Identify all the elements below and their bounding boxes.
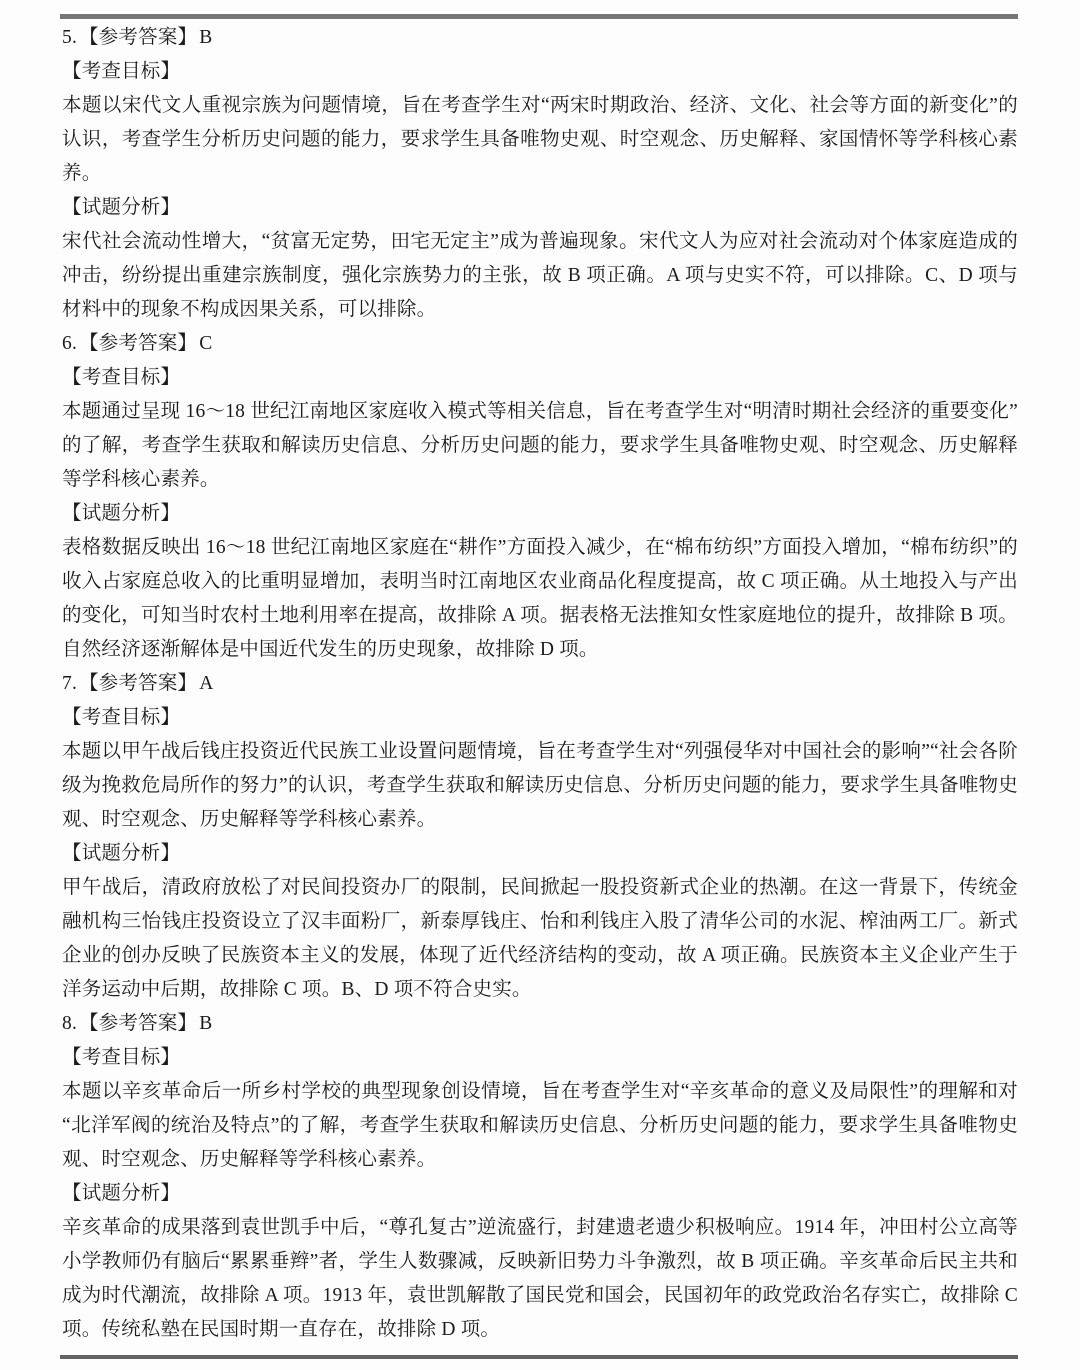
question-analysis-text: 甲午战后，清政府放松了对民间投资办厂的限制，民间掀起一股投资新式企业的热潮。在这… — [62, 871, 1018, 1007]
question-number: 8. — [62, 1013, 77, 1034]
answer-letter: A — [199, 673, 213, 694]
exam-objective-text: 本题以辛亥革命后一所乡村学校的典型现象创设情境，旨在考查学生对“辛亥革命的意义及… — [62, 1075, 1018, 1177]
exam-objective-text: 本题以甲午战后钱庄投资近代民族工业设置问题情境，旨在考查学生对“列强侵华对中国社… — [62, 735, 1018, 837]
bottom-divider — [60, 1355, 1018, 1359]
question-analysis-text: 辛亥革命的成果落到袁世凯手中后，“尊孔复古”逆流盛行，封建遗老遗少积极响应。19… — [62, 1211, 1018, 1347]
scanned-answer-key-page: { "colors": { "top_divider": "#767676", … — [0, 0, 1080, 1370]
answer-item-8: 8.【参考答案】B 【考查目标】 本题以辛亥革命后一所乡村学校的典型现象创设情境… — [62, 1007, 1018, 1347]
answer-line: 5.【参考答案】B — [62, 21, 1018, 55]
reference-answer-label: 【参考答案】 — [79, 27, 197, 48]
answer-item-5: 5.【参考答案】B 【考查目标】 本题以宋代文人重视宗族为问题情境，旨在考查学生… — [62, 21, 1018, 327]
exam-objective-label: 【考查目标】 — [62, 55, 1018, 89]
question-number: 6. — [62, 333, 77, 354]
question-analysis-label: 【试题分析】 — [62, 837, 1018, 871]
answer-line: 8.【参考答案】B — [62, 1007, 1018, 1041]
answer-letter: B — [199, 27, 212, 48]
exam-objective-text: 本题通过呈现 16～18 世纪江南地区家庭收入模式等相关信息，旨在考查学生对“明… — [62, 395, 1018, 497]
answer-line: 6.【参考答案】C — [62, 327, 1018, 361]
answer-letter: C — [199, 333, 212, 354]
question-analysis-label: 【试题分析】 — [62, 497, 1018, 531]
question-analysis-label: 【试题分析】 — [62, 1177, 1018, 1211]
question-number: 5. — [62, 27, 77, 48]
question-analysis-text: 宋代社会流动性增大，“贫富无定势，田宅无定主”成为普遍现象。宋代文人为应对社会流… — [62, 225, 1018, 327]
reference-answer-label: 【参考答案】 — [79, 1013, 197, 1034]
exam-objective-text: 本题以宋代文人重视宗族为问题情境，旨在考查学生对“两宋时期政治、经济、文化、社会… — [62, 89, 1018, 191]
answer-key-content: 5.【参考答案】B 【考查目标】 本题以宋代文人重视宗族为问题情境，旨在考查学生… — [62, 21, 1018, 1347]
answer-item-7: 7.【参考答案】A 【考查目标】 本题以甲午战后钱庄投资近代民族工业设置问题情境… — [62, 667, 1018, 1007]
question-analysis-label: 【试题分析】 — [62, 191, 1018, 225]
answer-line: 7.【参考答案】A — [62, 667, 1018, 701]
question-analysis-text: 表格数据反映出 16～18 世纪江南地区家庭在“耕作”方面投入减少，在“棉布纺织… — [62, 531, 1018, 667]
answer-item-6: 6.【参考答案】C 【考查目标】 本题通过呈现 16～18 世纪江南地区家庭收入… — [62, 327, 1018, 667]
exam-objective-label: 【考查目标】 — [62, 361, 1018, 395]
question-number: 7. — [62, 673, 77, 694]
exam-objective-label: 【考查目标】 — [62, 701, 1018, 735]
answer-letter: B — [199, 1013, 212, 1034]
top-divider — [60, 14, 1018, 19]
exam-objective-label: 【考查目标】 — [62, 1041, 1018, 1075]
reference-answer-label: 【参考答案】 — [79, 673, 197, 694]
reference-answer-label: 【参考答案】 — [79, 333, 197, 354]
